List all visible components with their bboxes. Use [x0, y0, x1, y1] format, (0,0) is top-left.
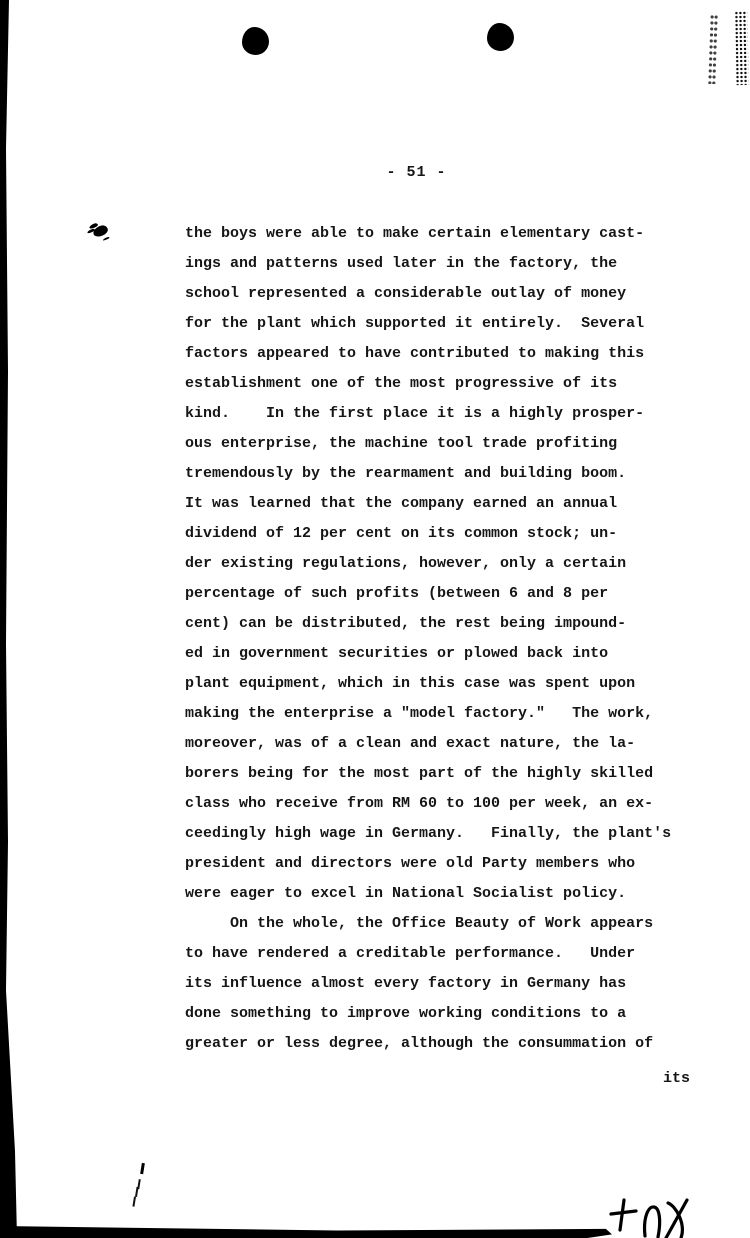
text-line: the boys were able to make certain eleme…	[185, 219, 725, 249]
text-line: kind. In the first place it is a highly …	[185, 399, 725, 429]
text-line: der existing regulations, however, only …	[185, 549, 725, 579]
text-line: school represented a considerable outlay…	[185, 279, 725, 309]
text-line: done something to improve working condit…	[185, 999, 725, 1029]
typed-text-block: the boys were able to make certain eleme…	[185, 219, 725, 1059]
text-line: On the whole, the Office Beauty of Work …	[185, 909, 725, 939]
scan-noise-strip	[708, 14, 718, 84]
catchword: its	[663, 1070, 690, 1087]
text-line: factors appeared to have contributed to …	[185, 339, 725, 369]
handwritten-mark	[608, 1194, 698, 1238]
scan-noise-strip	[734, 11, 748, 85]
stray-pen-mark	[140, 1163, 144, 1174]
text-line: president and directors were old Party m…	[185, 849, 725, 879]
text-line: ceedingly high wage in Germany. Finally,…	[185, 819, 725, 849]
punch-hole-left	[242, 27, 269, 55]
text-line: were eager to excel in National Socialis…	[185, 879, 725, 909]
punch-hole-right	[487, 23, 514, 51]
ink-blot	[92, 224, 109, 238]
page-number: - 51 -	[185, 164, 648, 181]
text-line: ous enterprise, the machine tool trade p…	[185, 429, 725, 459]
scanned-document-page: - 51 - the boys were able to make certai…	[0, 0, 750, 1238]
text-line: to have rendered a creditable performanc…	[185, 939, 725, 969]
text-line: borers being for the most part of the hi…	[185, 759, 725, 789]
text-line: plant equipment, which in this case was …	[185, 669, 725, 699]
text-line: ed in government securities or plowed ba…	[185, 639, 725, 669]
text-line: establishment one of the most progressiv…	[185, 369, 725, 399]
page-bottom-edge-shadow	[0, 1225, 612, 1238]
text-line: tremendously by the rearmament and build…	[185, 459, 725, 489]
text-line: cent) can be distributed, the rest being…	[185, 609, 725, 639]
text-line: for the plant which supported it entirel…	[185, 309, 725, 339]
text-line: class who receive from RM 60 to 100 per …	[185, 789, 725, 819]
text-line: dividend of 12 per cent on its common st…	[185, 519, 725, 549]
text-line: its influence almost every factory in Ge…	[185, 969, 725, 999]
text-line: It was learned that the company earned a…	[185, 489, 725, 519]
text-line: ings and patterns used later in the fact…	[185, 249, 725, 279]
page-left-edge-shadow	[0, 0, 20, 1238]
text-line: making the enterprise a "model factory."…	[185, 699, 725, 729]
text-line: moreover, was of a clean and exact natur…	[185, 729, 725, 759]
text-line: greater or less degree, although the con…	[185, 1029, 725, 1059]
scan-speckles	[0, 0, 2, 2]
text-line: percentage of such profits (between 6 an…	[185, 579, 725, 609]
